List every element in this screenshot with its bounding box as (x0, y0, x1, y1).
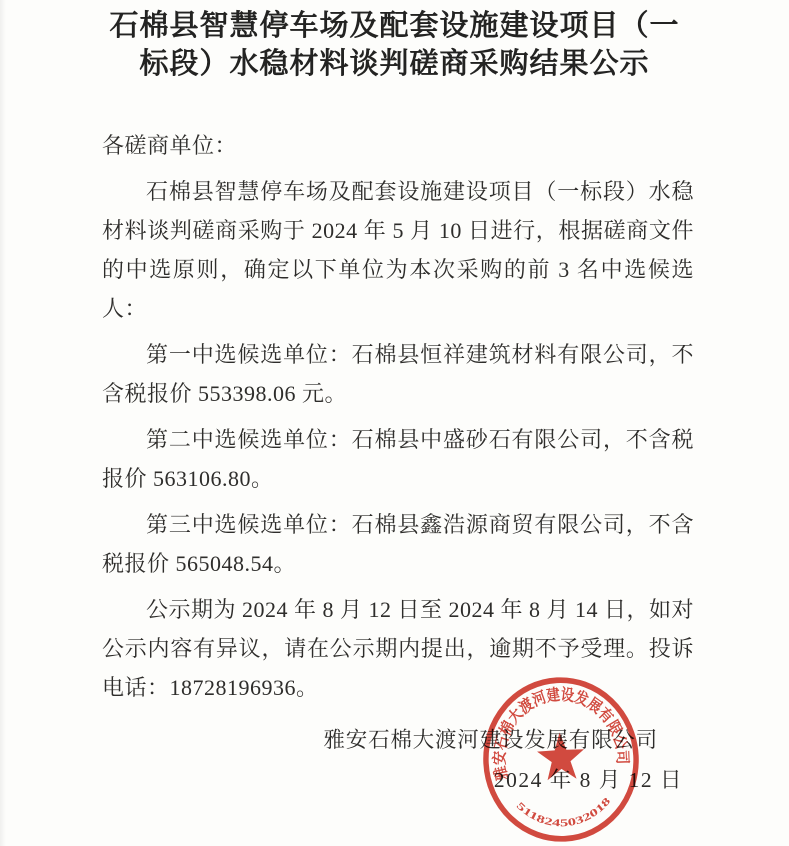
document-page: 石棉县智慧停车场及配套设施建设项目（一 标段）水稳材料谈判磋商采购结果公示 各磋… (0, 0, 789, 846)
official-seal-stamp: 雅安石棉大渡河建设发展有限公司 5118245032018 (478, 672, 645, 846)
paragraph-candidate-2: 第二中选候选单位：石棉县中盛砂石有限公司，不含税报价 563106.80。 (102, 420, 694, 498)
paragraph-procurement-intro: 石棉县智慧停车场及配套设施建设项目（一标段）水稳材料谈判磋商采购于 2024 年… (102, 172, 694, 328)
seal-star-icon (536, 731, 585, 781)
title-line-2: 标段）水稳材料谈判磋商采购结果公示 (0, 44, 789, 82)
salutation: 各磋商单位： (102, 126, 694, 165)
document-title: 石棉县智慧停车场及配套设施建设项目（一 标段）水稳材料谈判磋商采购结果公示 (0, 6, 789, 82)
paragraph-candidate-1: 第一中选候选单位：石棉县恒祥建筑材料有限公司，不含税报价 553398.06 元… (102, 335, 694, 413)
document-body: 各磋商单位： 石棉县智慧停车场及配套设施建设项目（一标段）水稳材料谈判磋商采购于… (102, 126, 694, 714)
paragraph-candidate-3: 第三中选候选单位：石棉县鑫浩源商贸有限公司，不含税报价 565048.54。 (102, 505, 694, 583)
title-line-1: 石棉县智慧停车场及配套设施建设项目（一 (0, 6, 789, 44)
